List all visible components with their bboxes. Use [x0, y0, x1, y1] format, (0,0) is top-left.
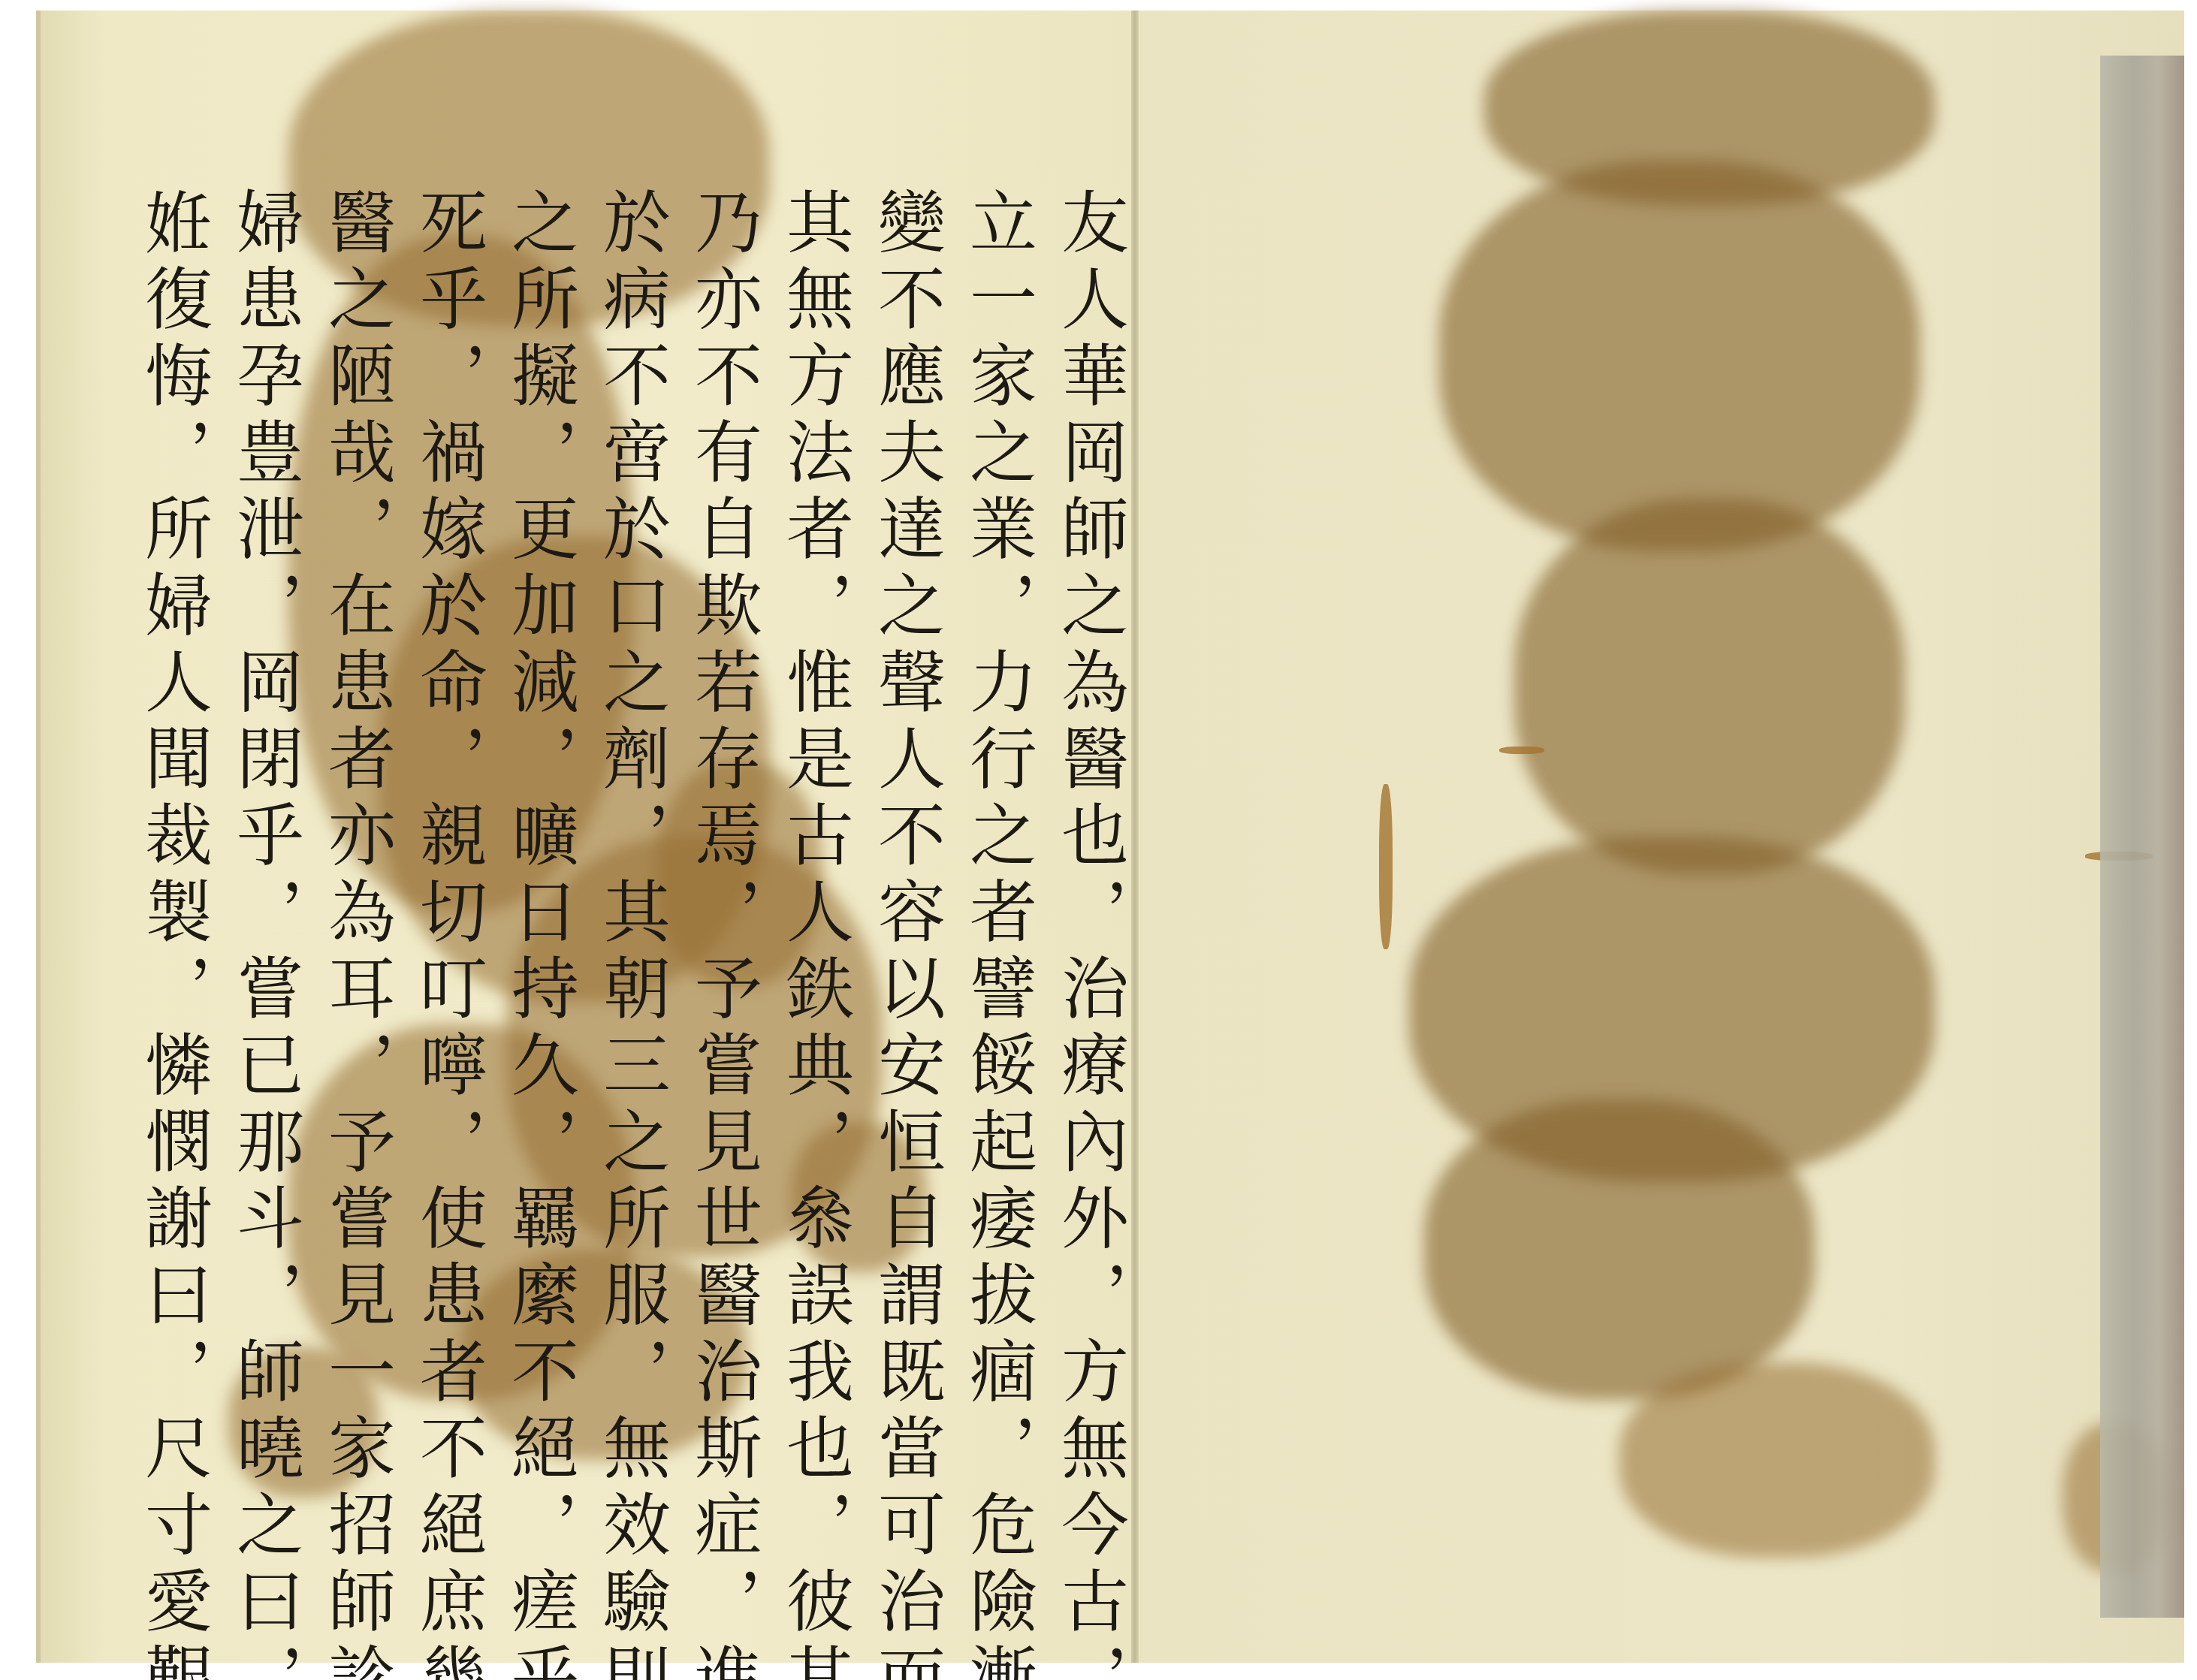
water-stain [1439, 161, 1920, 551]
text-column: 婦患孕豊泄，岡閉乎，嘗已那斗，師曉之曰，今不治 [222, 187, 305, 1554]
text-column: 乃亦不有自欺若存焉，予嘗見世醫治斯症，進不解 [681, 187, 763, 1554]
water-stain [1424, 1099, 1815, 1400]
manuscript-text: 友人華岡師之為醫也，治療內外，方無今古，蒐聚以 立一家之業，力行之者譬餒起痿拔痼… [131, 187, 1130, 1554]
text-column: 死乎，禍嫁於命，親切叮嚀，使患者不絕庶幾之望，雖 [406, 187, 488, 1554]
text-column: 於病不啻於口之劑，其朝三之所服，無效驗則暮四 [589, 187, 671, 1554]
text-column: 醫之陋哉，在患者亦為耳，予嘗見一家招師診其 [314, 187, 397, 1554]
text-column: 姙復悔，所婦人聞裁製，憐憫謝曰，尺寸愛艱，古人 [131, 187, 213, 1554]
water-stain [1619, 1362, 1935, 1558]
water-stain [1514, 499, 1905, 874]
text-column: 友人華岡師之為醫也，治療內外，方無今古，蒐聚以 [1047, 187, 1130, 1554]
left-page: 友人華岡師之為醫也，治療內外，方無今古，蒐聚以 立一家之業，力行之者譬餒起痿拔痼… [36, 11, 1136, 1663]
text-column: 之所擬，更加減，曠日持久，羈縻不絕，瘥乎，功收於已 [497, 187, 580, 1554]
text-column: 立一家之業，力行之者譬餒起痿拔痼，危險漸暴莫 [955, 187, 1038, 1554]
paper-damage [1379, 784, 1393, 949]
paper-damage [1499, 746, 1544, 754]
right-page [1139, 11, 2184, 1663]
text-column: 變不應夫達之聲人不容以安恒自謂既當可治而 [864, 187, 946, 1554]
book-spine-fold [1131, 11, 1139, 1663]
open-book: 友人華岡師之為醫也，治療內外，方無今古，蒐聚以 立一家之業，力行之者譬餒起痿拔痼… [36, 11, 2184, 1663]
text-column: 其無方法者，惟是古人鉄典，叅誤我也，彼其所自許 [772, 187, 855, 1554]
page-edge-strip [2100, 56, 2184, 1618]
